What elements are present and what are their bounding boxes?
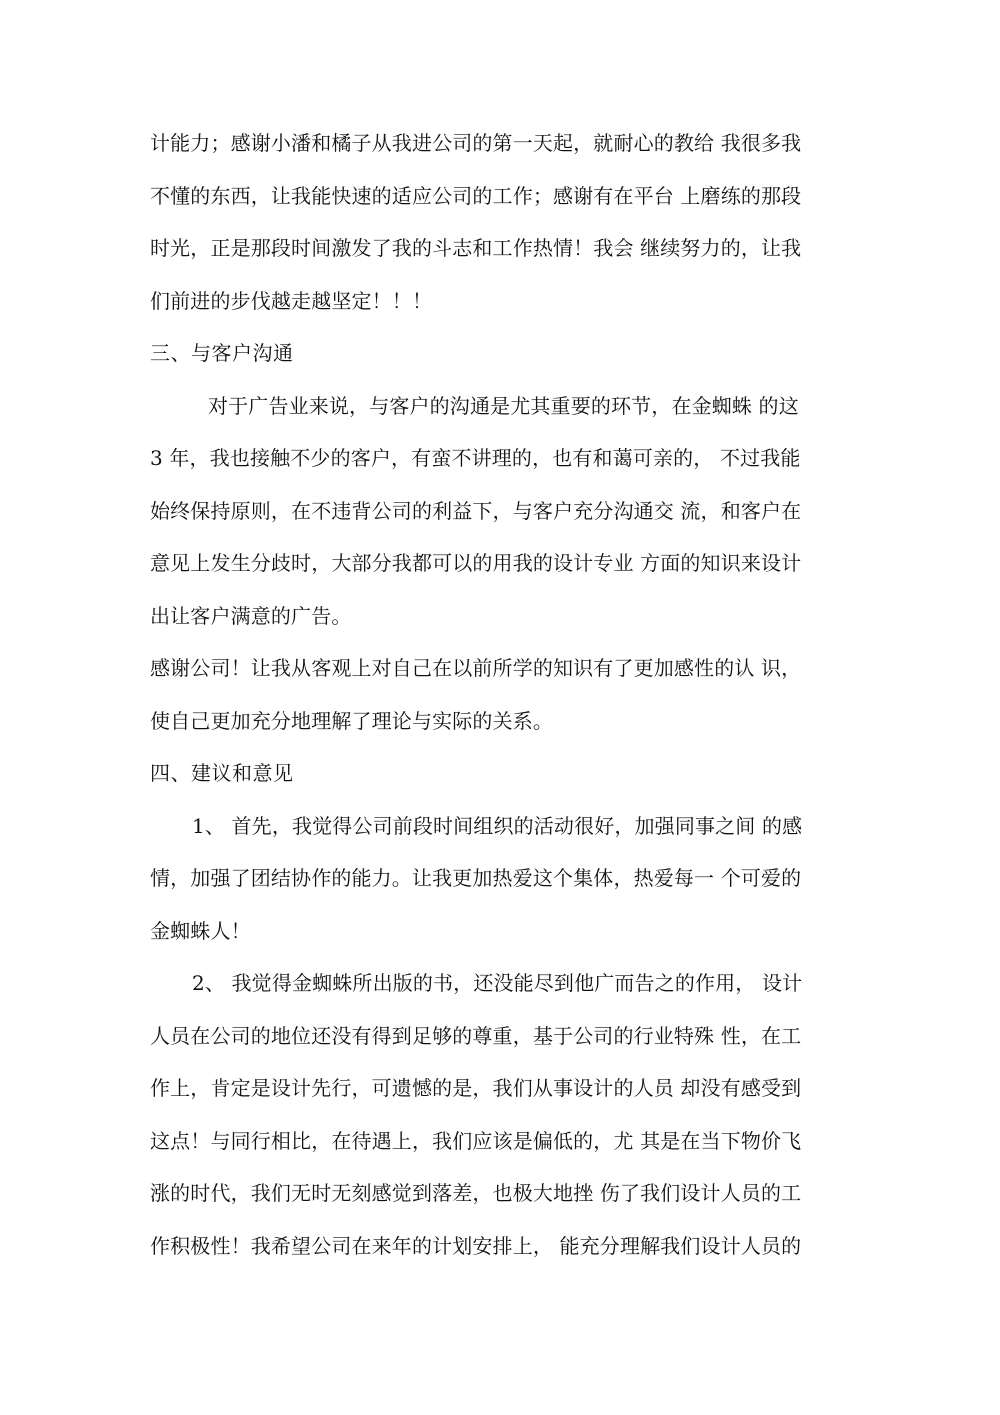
body-line: 出让客户满意的广告。 [150,599,856,652]
numbered-item-2: 2、 我觉得金蜘蛛所出版的书，还没能尽到他广而告之的作用， 设计 [150,966,856,1019]
body-line: 对于广告业来说，与客户的沟通是尤其重要的环节，在金蜘蛛 的这 [150,389,856,442]
section-heading-suggestions: 四、建议和意见 [150,756,856,809]
body-line: 计能力；感谢小潘和橘子从我进公司的第一天起，就耐心的教给 我很多我 [150,126,856,179]
section-heading-customer-communication: 三、与客户沟通 [150,336,856,389]
body-line: 金蜘蛛人！ [150,914,856,967]
body-line: 人员在公司的地位还没有得到足够的尊重，基于公司的行业特殊 性，在工 [150,1019,856,1072]
body-line: 作积极性！我希望公司在来年的计划安排上， 能充分理解我们设计人员的 [150,1229,856,1282]
document-page: 计能力；感谢小潘和橘子从我进公司的第一天起，就耐心的教给 我很多我 不懂的东西，… [150,126,856,1281]
body-line: 意见上发生分歧时，大部分我都可以的用我的设计专业 方面的知识来设计 [150,546,856,599]
body-line: 使自己更加充分地理解了理论与实际的关系。 [150,704,856,757]
body-line: 这点！与同行相比，在待遇上，我们应该是偏低的，尤 其是在当下物价飞 [150,1124,856,1177]
body-line: 不懂的东西，让我能快速的适应公司的工作；感谢有在平台 上磨练的那段 [150,179,856,232]
body-line: 作上，肯定是设计先行，可遗憾的是，我们从事设计的人员 却没有感受到 [150,1071,856,1124]
body-line: 们前进的步伐越走越坚定！！！ [150,284,856,337]
numbered-item-1: 1、 首先，我觉得公司前段时间组织的活动很好，加强同事之间 的感 [150,809,856,862]
body-line: 3 年，我也接触不少的客户，有蛮不讲理的，也有和蔼可亲的， 不过我能 [150,441,856,494]
body-line: 感谢公司！让我从客观上对自己在以前所学的知识有了更加感性的认 识， [150,651,856,704]
body-line: 始终保持原则，在不违背公司的利益下，与客户充分沟通交 流，和客户在 [150,494,856,547]
body-line: 涨的时代，我们无时无刻感觉到落差，也极大地挫 伤了我们设计人员的工 [150,1176,856,1229]
body-line: 情，加强了团结协作的能力。让我更加热爱这个集体，热爱每一 个可爱的 [150,861,856,914]
body-line: 时光，正是那段时间激发了我的斗志和工作热情！我会 继续努力的，让我 [150,231,856,284]
